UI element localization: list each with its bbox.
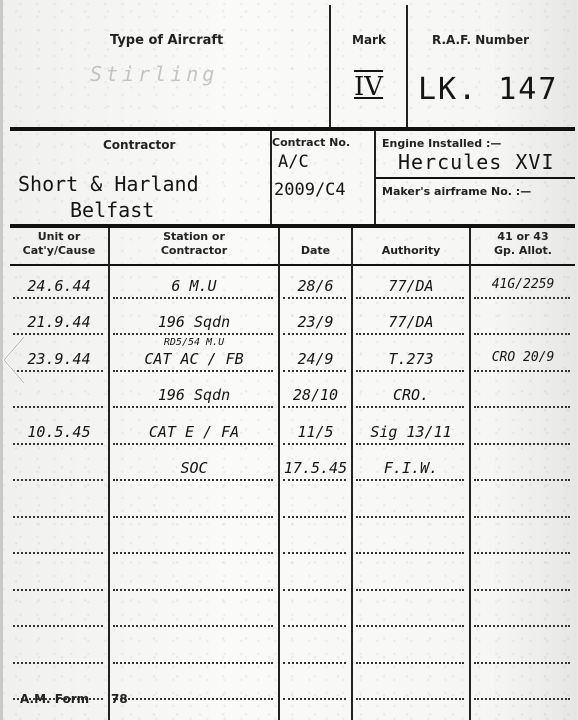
divider — [329, 5, 331, 128]
row-rule — [113, 662, 273, 664]
column-header-line1: Station or — [110, 230, 278, 244]
makers-airframe-label: Maker's airframe No. :— — [382, 185, 531, 198]
form-number: 78 — [111, 692, 128, 706]
row-rule — [356, 516, 464, 518]
contract-no-line1: A/C — [278, 152, 309, 172]
form-label: A.M. Form — [20, 692, 89, 706]
section-rule — [10, 127, 575, 131]
column-header: Authority — [353, 230, 469, 258]
row-rule — [356, 589, 464, 591]
row-rule — [283, 443, 346, 445]
cell-authority: T.273 — [353, 350, 469, 368]
row-rule — [356, 552, 464, 554]
cell-station: CAT AC / FB — [110, 350, 278, 368]
row-rule — [474, 370, 570, 372]
type-of-aircraft-value: Stirling — [90, 62, 218, 86]
row-rule — [474, 406, 570, 408]
contract-no-line2: 2009/C4 — [274, 180, 346, 200]
cell-authority: CRO. — [353, 386, 469, 404]
movement-card: Type of Aircraft Stirling Mark IV R.A.F.… — [0, 0, 578, 720]
row-rule — [474, 625, 570, 627]
section-rule — [10, 224, 575, 228]
row-rule — [113, 698, 273, 700]
row-rule — [474, 333, 570, 335]
column-header: Station orContractor — [110, 230, 278, 258]
row-rule — [356, 297, 464, 299]
row-rule — [356, 370, 464, 372]
cell-date: 11/5 — [280, 423, 351, 441]
row-rule — [283, 625, 346, 627]
row-rule — [13, 662, 103, 664]
cell-unit: 24.6.44 — [10, 277, 108, 295]
column-header-line2: Cat'y/Cause — [10, 244, 108, 258]
cell-authority: 77/DA — [353, 313, 469, 331]
row-rule — [13, 479, 103, 481]
cell-authority: 77/DA — [353, 277, 469, 295]
row-rule — [283, 662, 346, 664]
row-rule — [356, 443, 464, 445]
row-rule — [113, 552, 273, 554]
row-rule — [356, 625, 464, 627]
row-rule — [13, 370, 103, 372]
mark-label: Mark — [352, 33, 386, 47]
row-rule — [283, 406, 346, 408]
row-rule — [113, 370, 273, 372]
column-header-line2: Gp. Allot. — [471, 244, 575, 258]
row-rule — [474, 479, 570, 481]
column-header: 41 or 43Gp. Allot. — [471, 230, 575, 258]
row-rule — [13, 333, 103, 335]
row-rule — [474, 552, 570, 554]
column-header: Unit orCat'y/Cause — [10, 230, 108, 258]
row-rule — [283, 333, 346, 335]
cell-date: 24/9 — [280, 350, 351, 368]
row-rule — [474, 698, 570, 700]
cell-date: 17.5.45 — [280, 459, 351, 477]
contractor-line2: Belfast — [70, 198, 154, 222]
row-rule — [474, 662, 570, 664]
cell-date: 23/9 — [280, 313, 351, 331]
row-rule — [283, 516, 346, 518]
divider — [406, 5, 408, 128]
row-rule — [113, 406, 273, 408]
row-rule — [474, 589, 570, 591]
cell-unit: 10.5.45 — [10, 423, 108, 441]
row-rule — [113, 333, 273, 335]
raf-number-label: R.A.F. Number — [432, 33, 529, 47]
cell-station: SOC — [110, 459, 278, 477]
row-rule — [113, 516, 273, 518]
row-rule — [474, 297, 570, 299]
row-rule — [474, 443, 570, 445]
chevron-left-icon[interactable] — [2, 335, 26, 385]
row-rule — [13, 443, 103, 445]
column-header-line2: Authority — [353, 244, 469, 258]
engine-installed-label: Engine Installed :— — [382, 137, 501, 150]
cell-station: 196 Sqdn — [110, 313, 278, 331]
column-header-line1: 41 or 43 — [471, 230, 575, 244]
column-header-line1 — [280, 230, 351, 244]
cell-unit: 21.9.44 — [10, 313, 108, 331]
row-rule — [356, 698, 464, 700]
row-rule — [356, 479, 464, 481]
row-rule — [113, 625, 273, 627]
header-rule — [10, 264, 575, 266]
engine-installed-value: Hercules XVI — [398, 150, 555, 174]
cell-allot: 41G/2259 — [471, 277, 575, 292]
cell-station: CAT E / FA — [110, 423, 278, 441]
cell-allot: CRO 20/9 — [471, 350, 575, 365]
divider — [376, 177, 575, 179]
cell-station: 196 Sqdn — [110, 386, 278, 404]
cell-date: 28/10 — [280, 386, 351, 404]
contractor-label: Contractor — [103, 138, 175, 152]
row-rule — [356, 662, 464, 664]
row-rule — [283, 479, 346, 481]
row-rule — [113, 297, 273, 299]
type-of-aircraft-label: Type of Aircraft — [110, 33, 223, 48]
cell-date: 28/6 — [280, 277, 351, 295]
row-rule — [356, 333, 464, 335]
column-header-line1 — [353, 230, 469, 244]
contract-no-label: Contract No. — [272, 136, 350, 149]
column-header: Date — [280, 230, 351, 258]
row-rule — [13, 552, 103, 554]
column-divider — [469, 228, 471, 720]
row-rule — [13, 589, 103, 591]
column-header-line1: Unit or — [10, 230, 108, 244]
contractor-line1: Short & Harland — [18, 172, 199, 196]
cell-station-note: RD5/54 M.U — [110, 337, 278, 348]
row-rule — [113, 479, 273, 481]
cell-station: 6 M.U — [110, 277, 278, 295]
raf-number-value: LK. 147 — [418, 72, 558, 107]
row-rule — [474, 516, 570, 518]
row-rule — [356, 406, 464, 408]
row-rule — [113, 443, 273, 445]
row-rule — [113, 589, 273, 591]
row-rule — [13, 516, 103, 518]
row-rule — [13, 297, 103, 299]
row-rule — [283, 552, 346, 554]
row-rule — [13, 406, 103, 408]
row-rule — [283, 589, 346, 591]
row-rule — [283, 370, 346, 372]
row-rule — [283, 698, 346, 700]
column-header-line2: Date — [280, 244, 351, 258]
column-header-line2: Contractor — [110, 244, 278, 258]
row-rule — [13, 625, 103, 627]
mark-value: IV — [354, 72, 383, 102]
row-rule — [283, 297, 346, 299]
cell-authority: Sig 13/11 — [353, 423, 469, 441]
cell-authority: F.I.W. — [353, 459, 469, 477]
